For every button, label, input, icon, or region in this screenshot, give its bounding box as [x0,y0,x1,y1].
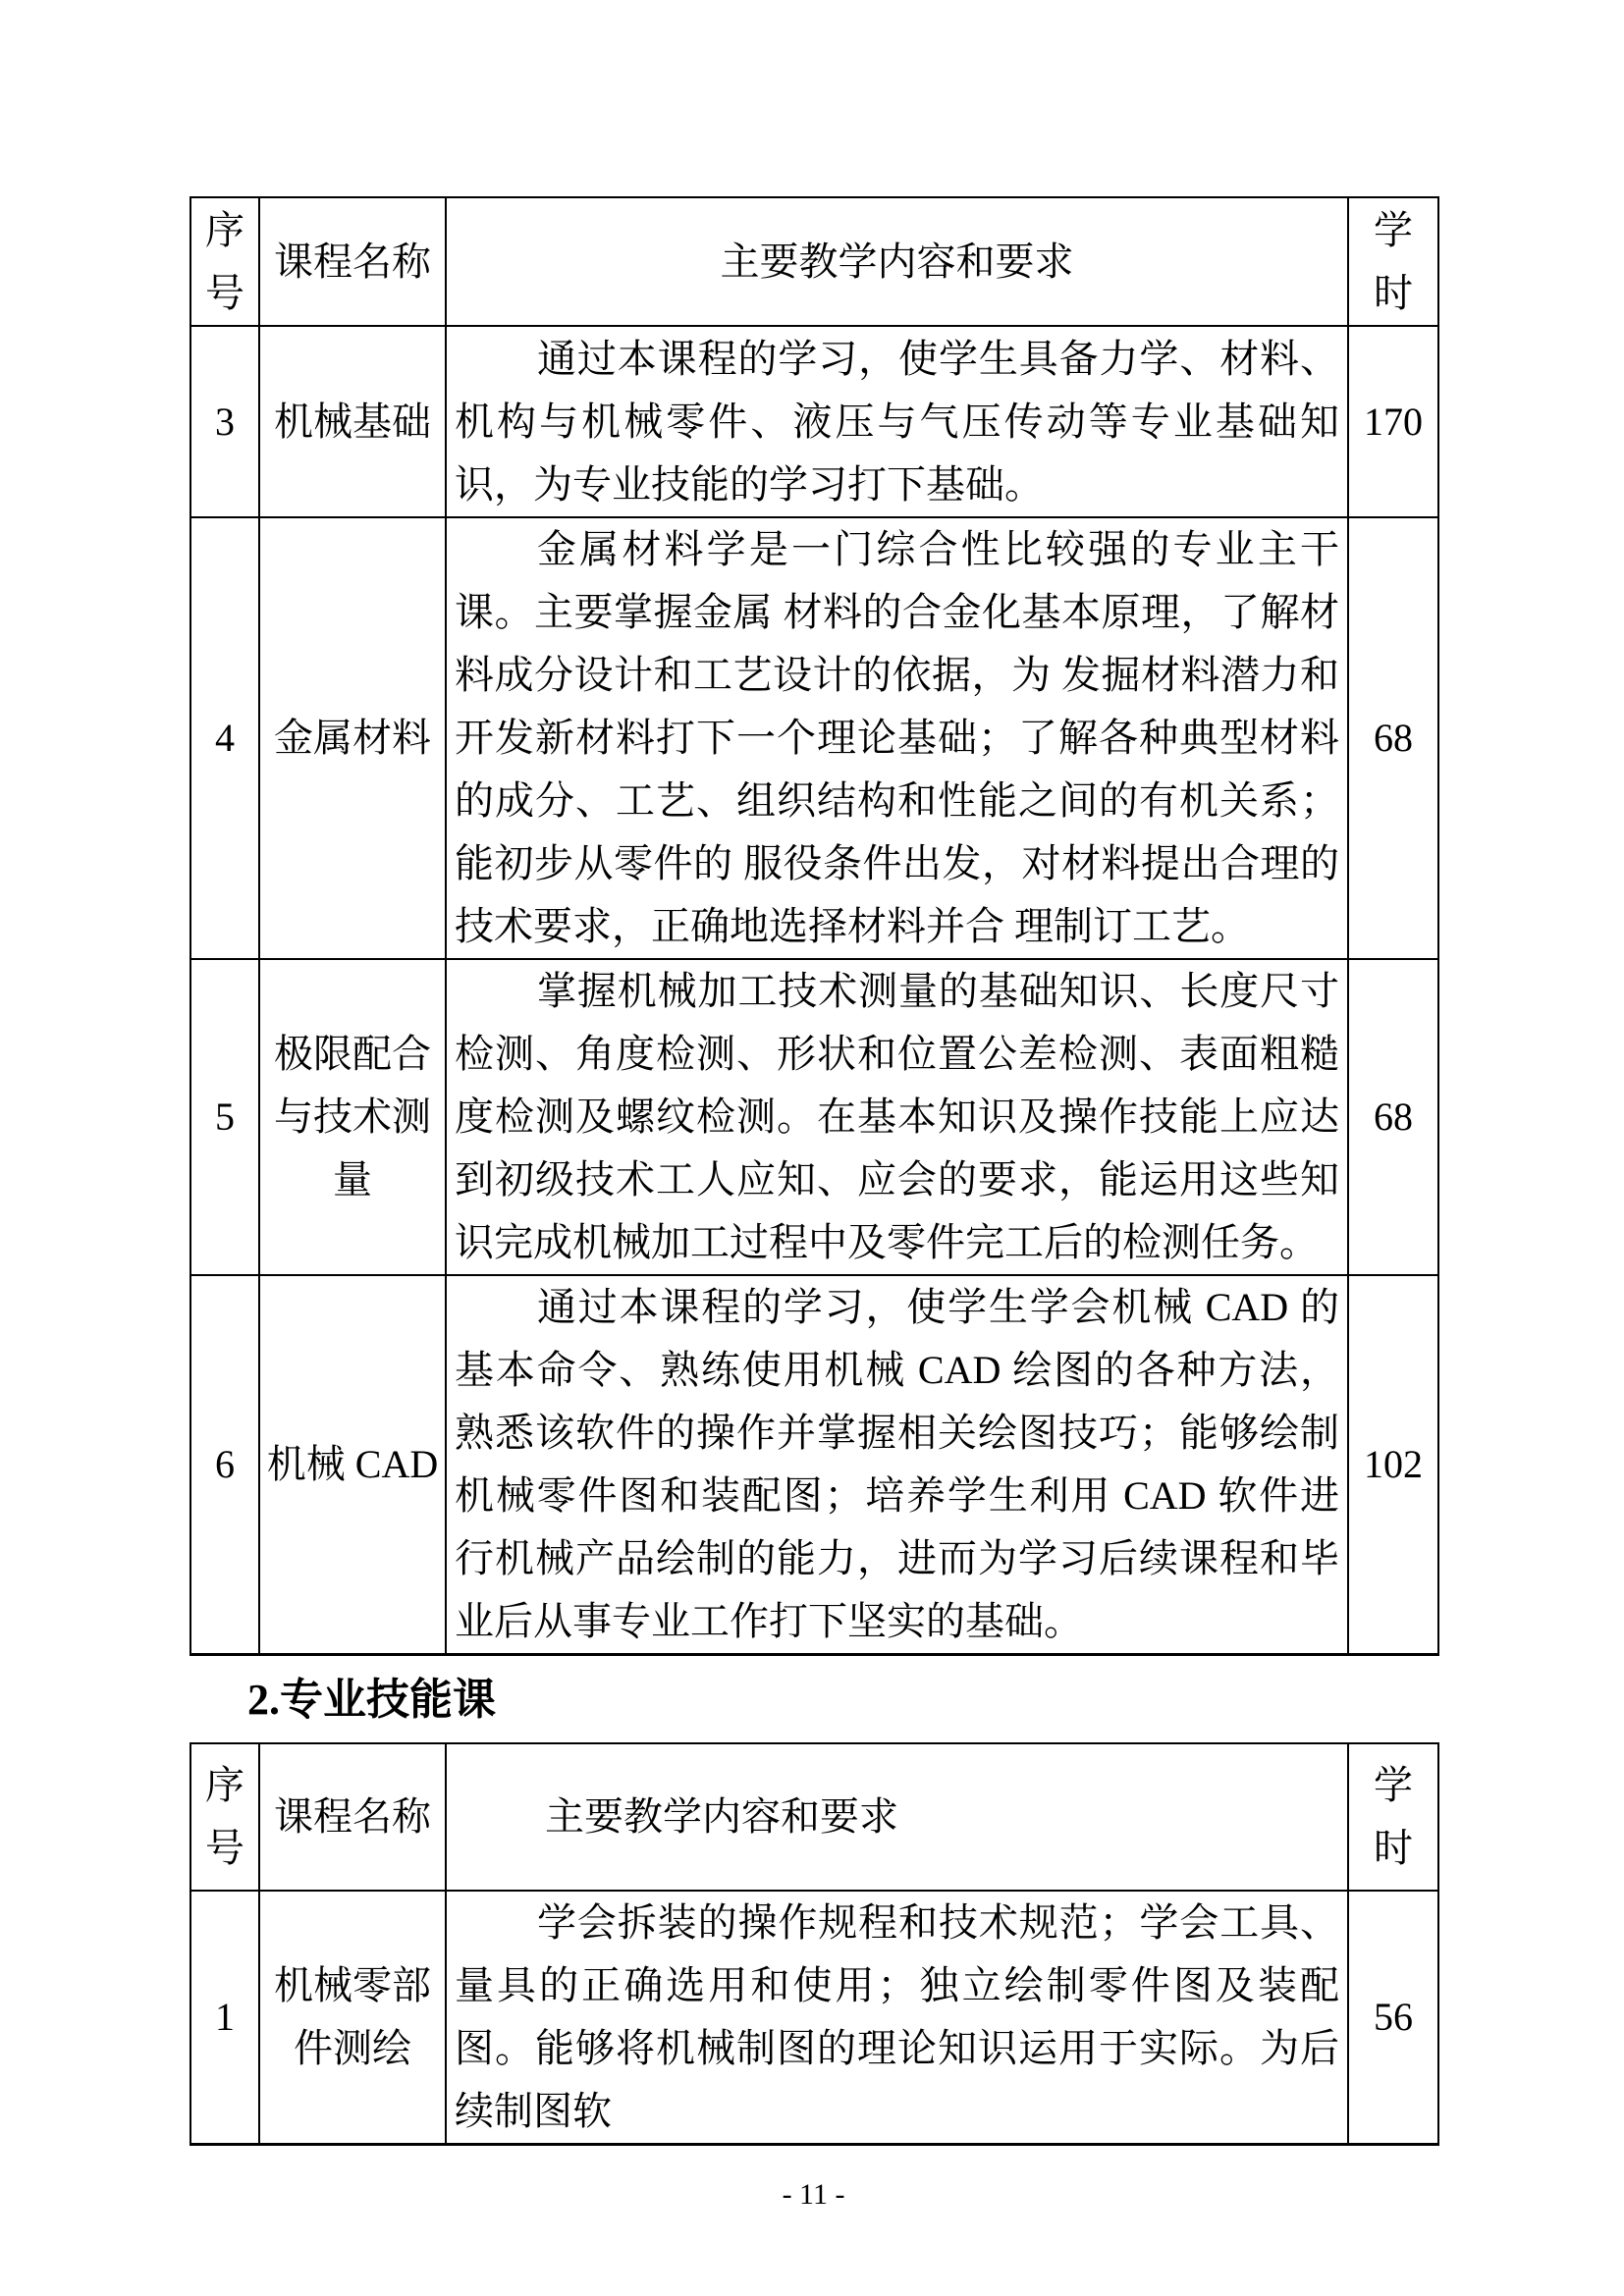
header-class-hours: 学时 [1348,197,1438,326]
header-course-name: 课程名称 [259,1743,446,1891]
course-name-cell: 机械零部件测绘 [259,1891,446,2145]
hours-cell: 68 [1348,517,1438,959]
hours-cell: 170 [1348,326,1438,517]
content-cell: 通过本课程的学习，使学生具备力学、材料、机构与机械零件、液压与气压传动等专业基础… [446,326,1348,517]
content-paragraph: 通过本课程的学习，使学生具备力学、材料、机构与机械零件、液压与气压传动等专业基础… [455,328,1339,516]
row-no-cell: 4 [190,517,259,959]
content-paragraph: 金属材料学是一门综合性比较强的专业主干课。主要掌握金属 材料的合金化基本原理，了… [455,518,1339,958]
course-name-cell: 金属材料 [259,517,446,959]
section-heading: 2.专业技能课 [247,1676,1437,1725]
content-cell: 通过本课程的学习，使学生学会机械 CAD 的基本命令、熟练使用机械 CAD 绘图… [446,1275,1348,1655]
course-name-cell: 机械 CAD [259,1275,446,1655]
header-teaching-content: 主要教学内容和要求 [446,197,1348,326]
table-row: 3 机械基础 通过本课程的学习，使学生具备力学、材料、机构与机械零件、液压与气压… [190,326,1438,517]
content-paragraph: 学会拆装的操作规程和技术规范；学会工具、量具的正确选用和使用；独立绘制零件图及装… [455,1892,1339,2143]
table-row: 5 极限配合与技术测量 掌握机械加工技术测量的基础知识、长度尺寸检测、角度检测、… [190,959,1438,1275]
table-row: 1 机械零部件测绘 学会拆装的操作规程和技术规范；学会工具、量具的正确选用和使用… [190,1891,1438,2145]
content-cell: 金属材料学是一门综合性比较强的专业主干课。主要掌握金属 材料的合金化基本原理，了… [446,517,1348,959]
row-no-cell: 1 [190,1891,259,2145]
hours-cell: 102 [1348,1275,1438,1655]
header-class-hours: 学时 [1348,1743,1438,1891]
hours-cell: 56 [1348,1891,1438,2145]
header-serial-number: 序号 [190,1743,259,1891]
course-name-cell: 机械基础 [259,326,446,517]
content-cell: 学会拆装的操作规程和技术规范；学会工具、量具的正确选用和使用；独立绘制零件图及装… [446,1891,1348,2145]
course-name-cell: 极限配合与技术测量 [259,959,446,1275]
header-teaching-content: 主要教学内容和要求 [446,1743,1348,1891]
page-number: - 11 - [189,2175,1437,2215]
professional-skills-table: 序号 课程名称 主要教学内容和要求 学时 1 机械零部件测绘 学会拆装的操作规程… [189,1742,1439,2146]
table-header-row: 序号 课程名称 主要教学内容和要求 学时 [190,1743,1438,1891]
basic-courses-table: 序号 课程名称 主要教学内容和要求 学时 3 机械基础 通过本课程的学习，使学生… [189,196,1439,1656]
table-row: 4 金属材料 金属材料学是一门综合性比较强的专业主干课。主要掌握金属 材料的合金… [190,517,1438,959]
table-header-row: 序号 课程名称 主要教学内容和要求 学时 [190,197,1438,326]
table-row: 6 机械 CAD 通过本课程的学习，使学生学会机械 CAD 的基本命令、熟练使用… [190,1275,1438,1655]
document-page: 序号 课程名称 主要教学内容和要求 学时 3 机械基础 通过本课程的学习，使学生… [0,0,1624,2215]
row-no-cell: 6 [190,1275,259,1655]
row-no-cell: 5 [190,959,259,1275]
content-paragraph: 通过本课程的学习，使学生学会机械 CAD 的基本命令、熟练使用机械 CAD 绘图… [455,1276,1339,1653]
header-course-name: 课程名称 [259,197,446,326]
row-no-cell: 3 [190,326,259,517]
hours-cell: 68 [1348,959,1438,1275]
content-cell: 掌握机械加工技术测量的基础知识、长度尺寸检测、角度检测、形状和位置公差检测、表面… [446,959,1348,1275]
content-paragraph: 掌握机械加工技术测量的基础知识、长度尺寸检测、角度检测、形状和位置公差检测、表面… [455,960,1339,1274]
header-serial-number: 序号 [190,197,259,326]
